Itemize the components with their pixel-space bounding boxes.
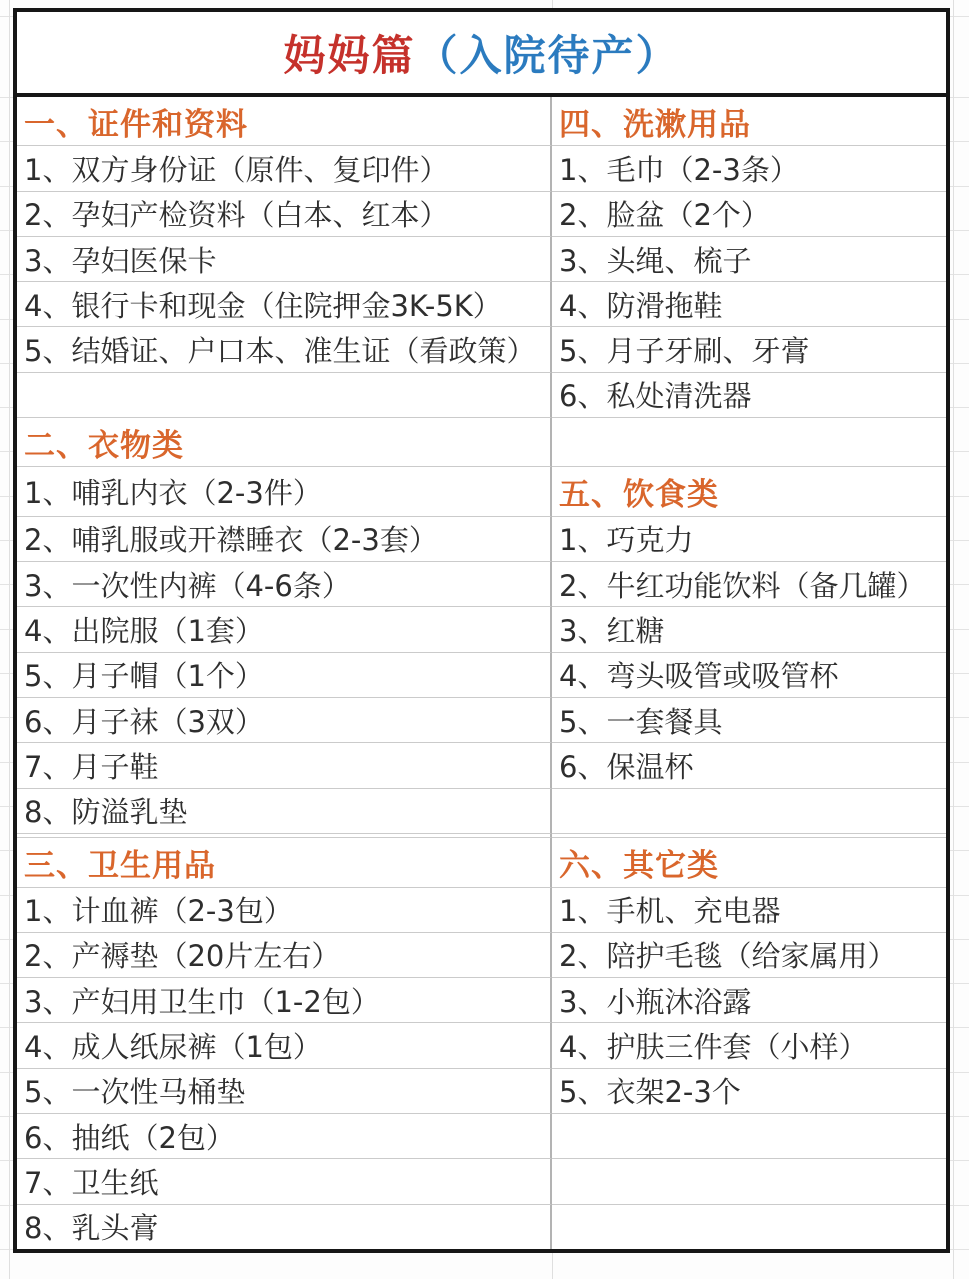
list-item: 5、结婚证、户口本、准生证（看政策） bbox=[17, 327, 552, 372]
list-item: 2、陪护毛毯（给家属用） bbox=[552, 933, 946, 978]
list-item: 5、一次性马桶垫 bbox=[17, 1069, 552, 1114]
list-item: 1、毛巾（2-3条） bbox=[552, 146, 946, 191]
list-item: 1、巧克力 bbox=[552, 517, 946, 562]
list-item: 2、产褥垫（20片左右） bbox=[17, 933, 552, 978]
empty-cell bbox=[552, 1159, 946, 1204]
title-sub: （入院待产） bbox=[416, 23, 680, 83]
list-item: 2、孕妇产检资料（白本、红本） bbox=[17, 192, 552, 237]
section-header: 四、洗漱用品 bbox=[552, 97, 946, 146]
section-header: 五、饮食类 bbox=[552, 467, 946, 516]
list-item: 3、孕妇医保卡 bbox=[17, 237, 552, 282]
list-item: 4、银行卡和现金（住院押金3K-5K） bbox=[17, 282, 552, 327]
list-item: 1、计血裤（2-3包） bbox=[17, 888, 552, 933]
table-title: 妈妈篇（入院待产） bbox=[17, 12, 946, 97]
list-item: 8、乳头膏 bbox=[17, 1205, 552, 1249]
list-item: 4、出院服（1套） bbox=[17, 607, 552, 652]
list-item: 2、脸盆（2个） bbox=[552, 192, 946, 237]
list-item: 7、月子鞋 bbox=[17, 743, 552, 788]
list-item: 3、一次性内裤（4-6条） bbox=[17, 562, 552, 607]
list-item: 4、弯头吸管或吸管杯 bbox=[552, 653, 946, 698]
list-item: 3、头绳、梳子 bbox=[552, 237, 946, 282]
list-item: 5、月子帽（1个） bbox=[17, 653, 552, 698]
list-item: 1、双方身份证（原件、复印件） bbox=[17, 146, 552, 191]
list-item: 3、小瓶沐浴露 bbox=[552, 978, 946, 1023]
section-header: 三、卫生用品 bbox=[17, 838, 552, 887]
empty-cell bbox=[552, 789, 946, 834]
list-item: 1、手机、充电器 bbox=[552, 888, 946, 933]
list-item: 3、产妇用卫生巾（1-2包） bbox=[17, 978, 552, 1023]
section-header: 二、衣物类 bbox=[17, 418, 552, 467]
title-main: 妈妈篇 bbox=[283, 23, 415, 83]
list-item: 2、牛红功能饮料（备几罐） bbox=[552, 562, 946, 607]
section-header: 六、其它类 bbox=[552, 838, 946, 887]
checklist-table: 妈妈篇（入院待产） 一、证件和资料四、洗漱用品1、双方身份证（原件、复印件）1、… bbox=[13, 8, 950, 1253]
empty-cell bbox=[552, 418, 946, 467]
list-item: 6、抽纸（2包） bbox=[17, 1114, 552, 1159]
list-item: 5、月子牙刷、牙膏 bbox=[552, 327, 946, 372]
checklist-grid: 一、证件和资料四、洗漱用品1、双方身份证（原件、复印件）1、毛巾（2-3条）2、… bbox=[17, 97, 946, 1249]
list-item: 6、月子袜（3双） bbox=[17, 698, 552, 743]
list-item: 8、防溢乳垫 bbox=[17, 789, 552, 834]
list-item: 4、成人纸尿裤（1包） bbox=[17, 1023, 552, 1068]
list-item: 5、一套餐具 bbox=[552, 698, 946, 743]
empty-cell bbox=[552, 1205, 946, 1249]
list-item: 6、私处清洗器 bbox=[552, 373, 946, 418]
list-item: 5、衣架2-3个 bbox=[552, 1069, 946, 1114]
list-item: 3、红糖 bbox=[552, 607, 946, 652]
list-item: 7、卫生纸 bbox=[17, 1159, 552, 1204]
list-item: 6、保温杯 bbox=[552, 743, 946, 788]
list-item: 1、哺乳内衣（2-3件） bbox=[17, 467, 552, 516]
spreadsheet-page: 妈妈篇（入院待产） 一、证件和资料四、洗漱用品1、双方身份证（原件、复印件）1、… bbox=[0, 0, 969, 1279]
list-item: 2、哺乳服或开襟睡衣（2-3套） bbox=[17, 517, 552, 562]
empty-cell bbox=[552, 1114, 946, 1159]
list-item: 4、护肤三件套（小样） bbox=[552, 1023, 946, 1068]
list-item: 4、防滑拖鞋 bbox=[552, 282, 946, 327]
empty-cell bbox=[17, 373, 552, 418]
section-header: 一、证件和资料 bbox=[17, 97, 552, 146]
